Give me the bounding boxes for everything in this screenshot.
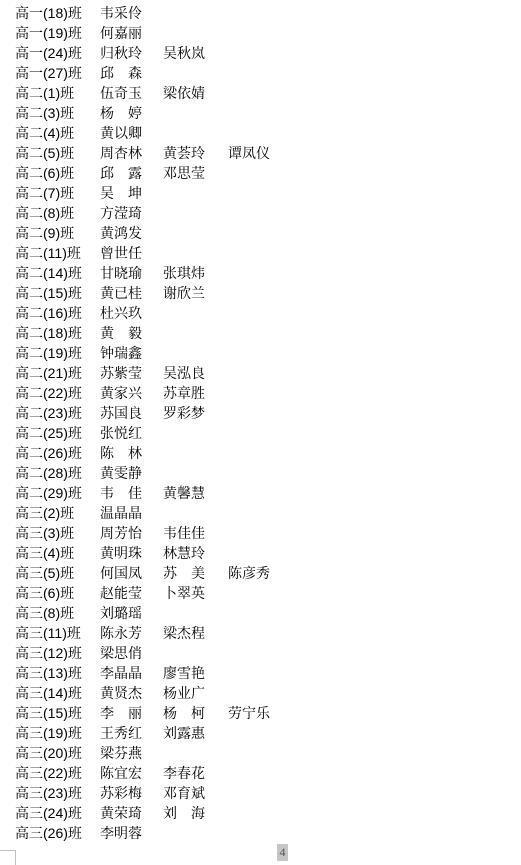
student-name: 周杏林 [100,143,163,163]
class-label: 高二(8)班 [15,203,100,223]
student-name: 李春花 [163,763,228,783]
class-label: 高二(29)班 [15,483,100,503]
student-name: 苏章胜 [163,383,228,403]
student-name: 黄馨慧 [163,483,228,503]
class-label: 高三(6)班 [15,583,100,603]
student-name: 苏彩梅 [100,783,163,803]
student-name: 杨 婷 [100,103,163,123]
student-name: 邱 森 [100,63,163,83]
student-name: 黄鸿发 [100,223,163,243]
roster-row: 高二(25)班 张悦红 [15,423,270,443]
roster-row: 高二(29)班 韦 佳黄馨慧 [15,483,270,503]
student-name: 归秋玲 [100,43,163,63]
class-label: 高三(22)班 [15,763,100,783]
class-label: 高二(21)班 [15,363,100,383]
class-label: 高二(18)班 [15,323,100,343]
roster-row: 高二(7)班 吴 坤 [15,183,270,203]
student-name: 刘露惠 [163,723,228,743]
student-name: 何国凤 [100,563,163,583]
student-name: 吴泓良 [163,363,228,383]
student-name: 梁杰程 [163,623,228,643]
roster-row: 高二(16)班 杜兴玖 [15,303,270,323]
roster-row: 高二(19)班 钟瑞鑫 [15,343,270,363]
class-label: 高二(15)班 [15,283,100,303]
student-name: 甘晓瑜 [100,263,163,283]
roster-row: 高三(8)班 刘璐瑶 [15,603,270,623]
class-label: 高三(24)班 [15,803,100,823]
student-name: 刘 海 [163,803,228,823]
class-label: 高二(3)班 [15,103,100,123]
roster-row: 高二(28)班 黄雯静 [15,463,270,483]
student-name: 苏紫莹 [100,363,163,383]
roster-row: 高二(18)班 黄 毅 [15,323,270,343]
student-name: 黄 毅 [100,323,163,343]
class-label: 高二(28)班 [15,463,100,483]
roster-row: 高一(18)班 韦采伶 [15,3,270,23]
roster-row: 高一(19)班 何嘉丽 [15,23,270,43]
student-name: 黄明珠 [100,543,163,563]
student-name: 黄荟玲 [163,143,228,163]
student-name: 梁芬燕 [100,743,163,763]
student-name: 吴秋岚 [163,43,228,63]
student-name: 梁依婧 [163,83,228,103]
student-name: 苏国良 [100,403,163,423]
student-name: 邓思莹 [163,163,228,183]
class-label: 高二(6)班 [15,163,100,183]
student-name: 黄荣琦 [100,803,163,823]
student-name: 李晶晶 [100,663,163,683]
roster-row: 高二(4)班 黄以卿 [15,123,270,143]
roster-row: 高二(14)班 甘晓瑜张琪炜 [15,263,270,283]
roster-row: 高三(6)班 赵能莹卜翠英 [15,583,270,603]
roster-row: 高二(23)班 苏国良罗彩梦 [15,403,270,423]
roster-row: 高三(15)班 李 丽杨 柯劳宁乐 [15,703,270,723]
student-name: 黄以卿 [100,123,163,143]
student-name: 邱 露 [100,163,163,183]
student-name: 周芳怡 [100,523,163,543]
roster-row: 高三(14)班 黄贤杰杨业广 [15,683,270,703]
roster-row: 高三(24)班 黄荣琦刘 海 [15,803,270,823]
roster-row: 高三(11)班 陈永芳梁杰程 [15,623,270,643]
student-name: 张琪炜 [163,263,228,283]
roster-row: 高三(22)班 陈宜宏李春花 [15,763,270,783]
student-name: 赵能莹 [100,583,163,603]
class-label: 高三(14)班 [15,683,100,703]
class-label: 高二(1)班 [15,83,100,103]
roster-row: 高三(13)班 李晶晶廖雪艳 [15,663,270,683]
roster-row: 高三(12)班 梁思俏 [15,643,270,663]
class-label: 高三(15)班 [15,703,100,723]
student-name: 吴 坤 [100,183,163,203]
student-name: 邓育斌 [163,783,228,803]
class-label: 高二(9)班 [15,223,100,243]
roster-row: 高三(20)班 梁芬燕 [15,743,270,763]
class-label: 高二(22)班 [15,383,100,403]
roster-row: 高三(3)班 周芳怡韦佳佳 [15,523,270,543]
student-name: 黄雯静 [100,463,163,483]
class-label: 高三(5)班 [15,563,100,583]
student-name: 韦采伶 [100,3,163,23]
student-name: 杨 柯 [163,703,228,723]
class-label: 高二(25)班 [15,423,100,443]
class-label: 高三(2)班 [15,503,100,523]
student-name: 林慧玲 [163,543,228,563]
roster-row: 高二(22)班 黄家兴苏章胜 [15,383,270,403]
roster-row: 高二(9)班 黄鸿发 [15,223,270,243]
student-name: 刘璐瑶 [100,603,163,623]
student-name: 曾世任 [100,243,163,263]
class-label: 高一(19)班 [15,23,100,43]
class-label: 高一(24)班 [15,43,100,63]
student-name: 韦佳佳 [163,523,228,543]
student-name: 黄贤杰 [100,683,163,703]
class-label: 高三(8)班 [15,603,100,623]
class-label: 高三(4)班 [15,543,100,563]
class-label: 高二(7)班 [15,183,100,203]
student-name: 韦 佳 [100,483,163,503]
student-roster-list: 高一(18)班 韦采伶 高一(19)班 何嘉丽 高一(24)班 归秋玲吴秋岚 高… [15,3,270,843]
student-name: 陈彦秀 [228,563,270,583]
class-label: 高二(14)班 [15,263,100,283]
student-name: 罗彩梦 [163,403,228,423]
roster-row: 高一(24)班 归秋玲吴秋岚 [15,43,270,63]
student-name: 伍奇玉 [100,83,163,103]
roster-row: 高三(2)班 温晶晶 [15,503,270,523]
class-label: 高二(26)班 [15,443,100,463]
student-name: 张悦红 [100,423,163,443]
student-name: 谭凤仪 [228,143,270,163]
student-name: 谢欣兰 [163,283,228,303]
class-label: 高三(11)班 [15,623,100,643]
roster-row: 高三(23)班 苏彩梅邓育斌 [15,783,270,803]
class-label: 高三(3)班 [15,523,100,543]
student-name: 劳宁乐 [228,703,270,723]
student-name: 王秀红 [100,723,163,743]
roster-row: 高二(26)班 陈 林 [15,443,270,463]
class-label: 高三(20)班 [15,743,100,763]
roster-row: 高二(1)班 伍奇玉梁依婧 [15,83,270,103]
student-name: 苏 美 [163,563,228,583]
student-name: 方滢琦 [100,203,163,223]
student-name: 何嘉丽 [100,23,163,43]
roster-row: 高三(19)班 王秀红刘露惠 [15,723,270,743]
roster-row: 高二(21)班 苏紫莹吴泓良 [15,363,270,383]
roster-row: 高一(27)班 邱 森 [15,63,270,83]
student-name: 梁思俏 [100,643,163,663]
class-label: 高三(23)班 [15,783,100,803]
class-label: 高二(19)班 [15,343,100,363]
student-name: 黄已桂 [100,283,163,303]
class-label: 高三(19)班 [15,723,100,743]
student-name: 陈宜宏 [100,763,163,783]
class-label: 高一(27)班 [15,63,100,83]
student-name: 廖雪艳 [163,663,228,683]
class-label: 高三(12)班 [15,643,100,663]
roster-row: 高二(5)班 周杏林黄荟玲谭凤仪 [15,143,270,163]
student-name: 杨业广 [163,683,228,703]
margin-boundary-vertical-line [15,850,16,865]
roster-row: 高二(3)班 杨 婷 [15,103,270,123]
class-label: 高三(13)班 [15,663,100,683]
student-name: 陈永芳 [100,623,163,643]
class-label: 高二(5)班 [15,143,100,163]
student-name: 李明蓉 [100,823,163,843]
student-name: 温晶晶 [100,503,163,523]
roster-row: 高二(6)班 邱 露邓思莹 [15,163,270,183]
class-label: 高二(16)班 [15,303,100,323]
class-label: 高一(18)班 [15,3,100,23]
class-label: 高三(26)班 [15,823,100,843]
student-name: 卜翠英 [163,583,228,603]
class-label: 高二(11)班 [15,243,100,263]
student-name: 李 丽 [100,703,163,723]
class-label: 高二(4)班 [15,123,100,143]
student-name: 钟瑞鑫 [100,343,163,363]
student-name: 杜兴玖 [100,303,163,323]
class-label: 高二(23)班 [15,403,100,423]
student-name: 陈 林 [100,443,163,463]
page-number-field: 4 [277,844,288,861]
roster-row: 高三(4)班 黄明珠林慧玲 [15,543,270,563]
student-name: 黄家兴 [100,383,163,403]
roster-row: 高二(15)班 黄已桂谢欣兰 [15,283,270,303]
roster-row: 高三(5)班 何国凤苏 美陈彦秀 [15,563,270,583]
roster-row: 高二(8)班 方滢琦 [15,203,270,223]
roster-row: 高二(11)班 曾世任 [15,243,270,263]
margin-boundary-horizontal-line [0,850,16,851]
roster-row: 高三(26)班 李明蓉 [15,823,270,843]
